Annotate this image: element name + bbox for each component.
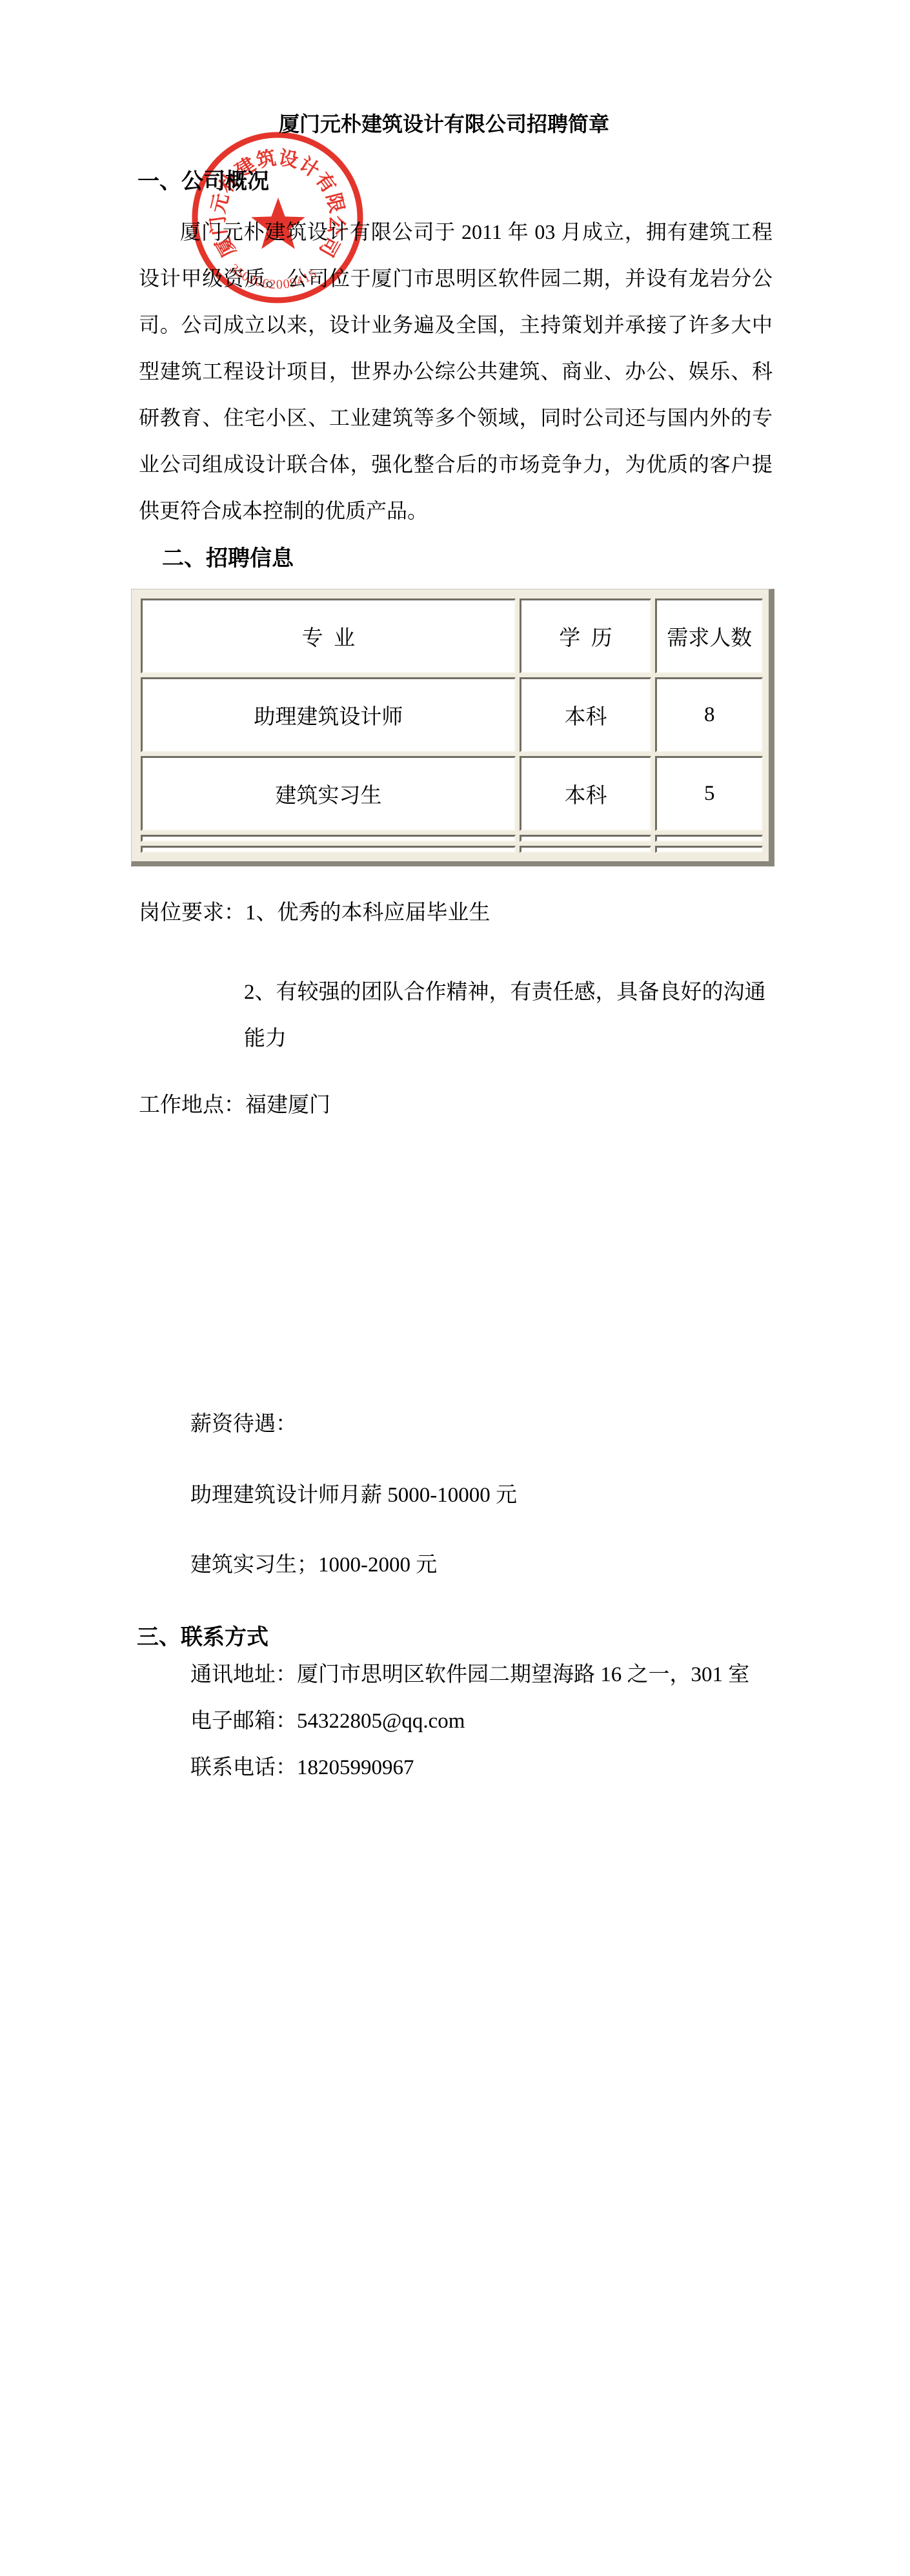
seal-star-icon (251, 198, 305, 249)
table-header-row: 专 业学 历需求人数 (141, 598, 763, 673)
table-cell: 助理建筑设计师 (141, 677, 516, 752)
contact-address-line: 通讯地址：厦门市思明区软件园二期望海路 16 之一，301 室 (190, 1651, 749, 1698)
company-seal-stamp: 厦门元朴建筑设计有限公司 3502062009415 (190, 130, 365, 305)
contact-phone-line: 联系电话：18205990967 (190, 1744, 414, 1791)
section-heading-contact: 三、联系方式 (137, 1622, 268, 1653)
table-cell: 本科 (520, 677, 652, 752)
seal-serial-number: 3502062009415 (227, 261, 320, 292)
table-cell: 本科 (520, 756, 652, 831)
salary-line-intern: 建筑实习生；1000-2000 元 (190, 1542, 437, 1588)
table-cell (520, 835, 652, 842)
salary-line-assistant-architect: 助理建筑设计师月薪 5000-10000 元 (190, 1472, 517, 1518)
recruitment-table-frame: 专 业学 历需求人数助理建筑设计师本科8建筑实习生本科5 (131, 589, 774, 866)
job-requirements-line-1: 岗位要求：1、优秀的本科应届毕业生 (139, 890, 490, 936)
table-cell (141, 846, 516, 853)
svg-text:3502062009415: 3502062009415 (227, 261, 320, 292)
table-cell: 5 (655, 756, 763, 831)
header-cell: 需求人数 (655, 598, 763, 673)
table-row: 建筑实习生本科5 (141, 756, 763, 831)
recruitment-table-body: 专 业学 历需求人数助理建筑设计师本科8建筑实习生本科5 (141, 598, 763, 853)
recruitment-table: 专 业学 历需求人数助理建筑设计师本科8建筑实习生本科5 (137, 595, 767, 857)
table-cell: 8 (655, 677, 763, 752)
table-cell (141, 835, 516, 842)
document-title: 厦门元朴建筑设计有限公司招聘简章 (0, 108, 888, 139)
paragraph-line: 供更符合成本控制的优质产品。 (139, 487, 773, 534)
job-requirements-line-2: 2、有较强的团队合作精神，有责任感，具备良好的沟通 (244, 969, 766, 1016)
salary-heading-line: 薪资待遇： (190, 1401, 297, 1447)
table-row (141, 846, 763, 853)
work-location-line: 工作地点：福建厦门 (139, 1082, 330, 1129)
table-row (141, 835, 763, 842)
table-row: 助理建筑设计师本科8 (141, 677, 763, 752)
job-requirements-line-3: 能力 (244, 1016, 287, 1062)
header-cell: 专 业 (141, 598, 516, 673)
table-cell (655, 846, 763, 853)
paragraph-line: 研教育、住宅小区、工业建筑等多个领域，同时公司还与国内外的专 (139, 394, 773, 441)
header-cell: 学 历 (520, 598, 652, 673)
table-cell (655, 835, 763, 842)
paragraph-line: 司。公司成立以来，设计业务遍及全国，主持策划并承接了许多大中 (139, 302, 773, 348)
table-cell: 建筑实习生 (141, 756, 516, 831)
section-heading-recruitment-info: 二、招聘信息 (162, 544, 294, 575)
paragraph-line: 业公司组成设计联合体，强化整合后的市场竞争力，为优质的客户提 (139, 441, 773, 487)
paragraph-line: 型建筑工程设计项目，世界办公综公共建筑、商业、办公、娱乐、科 (139, 348, 773, 394)
table-cell (520, 846, 652, 853)
contact-email-line: 电子邮箱：54322805@qq.com (190, 1698, 465, 1744)
document-page: 厦门元朴建筑设计有限公司招聘简章 一、公司概况 厦门元朴建筑设计有限公司于 20… (0, 0, 910, 2576)
